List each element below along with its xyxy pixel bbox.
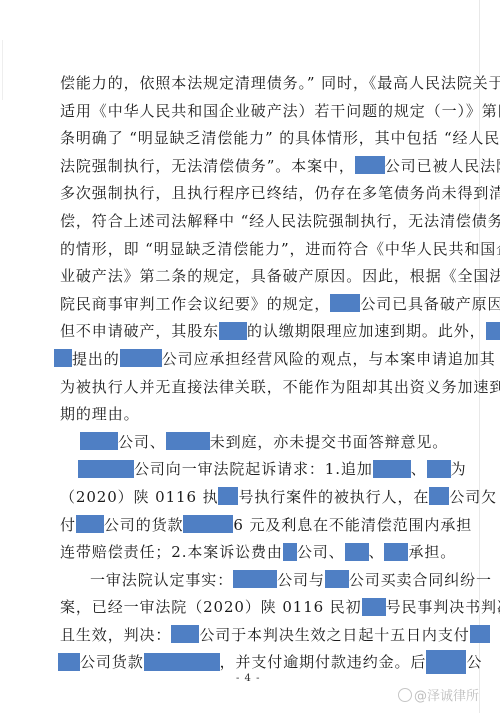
text-line: 公司向一审法院起诉请求：1.追加、为	[60, 456, 435, 484]
redaction-box	[429, 487, 449, 505]
redaction-box	[120, 349, 162, 367]
redaction-box	[470, 625, 490, 643]
redaction-box	[486, 322, 500, 340]
text-segment: 号民事判决书判决	[386, 598, 500, 616]
text-segment: ，并支付逾期付款违约金。后	[220, 653, 427, 671]
redaction-box	[80, 432, 118, 450]
redaction-box	[233, 570, 277, 588]
text-line: 付公司的货款6 元及利息在不能清偿范围内承担	[60, 512, 435, 540]
redaction-box	[283, 543, 297, 561]
text-segment: 6 元及利息在不能清偿范围内承担	[233, 516, 472, 534]
redaction-box	[325, 570, 349, 588]
redaction-box	[219, 322, 247, 340]
text-line: 一审法院认定事实：公司与公司买卖合同纠纷一	[60, 567, 435, 595]
text-segment: 公司与	[277, 571, 325, 589]
text-line: 案，已经一审法院（2020）陕 0116 民初号民事判决书判决	[60, 594, 435, 622]
text-segment: 未到庭，亦未提交书面答辩意见。	[210, 433, 449, 451]
text-segment: 公司应承担经营风险的观点，与本案申请追加其	[162, 350, 496, 368]
text-line: 业破产法》第二条的规定，具备破产原因。因此，根据《全国法	[60, 263, 435, 291]
text-segment: （2020）陕 0116 执	[60, 488, 218, 506]
text-line: 的情形，即 “明显缺乏清偿能力”，进而符合《中华人民共和国企	[60, 236, 435, 264]
text-segment: 法院强制执行，无法清偿债务”。本案中，	[60, 157, 355, 175]
text-segment: 号执行案件的被执行人，在	[238, 488, 429, 506]
redaction-box	[384, 543, 408, 561]
redaction-box	[76, 515, 104, 533]
text-segment: 公	[466, 653, 482, 671]
text-segment: 公司、	[118, 433, 166, 451]
text-line: （2020）陕 0116 执号执行案件的被执行人，在公司欠	[60, 484, 435, 512]
redaction-box	[330, 294, 360, 312]
text-line: 公司、未到庭，亦未提交书面答辩意见。	[60, 429, 435, 457]
text-line: 但不申请破产，其股东的认缴期限理应加速到期。此外，	[60, 318, 435, 346]
text-segment: 公司已具备破产原因	[360, 295, 500, 313]
text-segment: 适用《中华人民共和国企业破产法）若干问题的规定（一）》第四	[60, 102, 500, 120]
watermark: @泽诚律所	[398, 685, 479, 704]
text-line: 多次强制执行，且执行程序已终结，仍存在多笔债务尚未得到清	[60, 180, 435, 208]
text-segment: 且生效，判决：	[60, 626, 171, 644]
redaction-box	[58, 653, 80, 671]
text-segment: 、	[411, 460, 427, 478]
redaction-box	[427, 460, 451, 478]
text-segment: 公司向一审法院起诉请求：1.追加	[134, 460, 373, 478]
text-segment: 公司、	[297, 543, 345, 561]
redaction-box	[426, 650, 466, 674]
text-segment: 付	[60, 516, 76, 534]
text-segment: 公司欠	[449, 488, 497, 506]
redaction-box	[345, 543, 369, 561]
text-line: 期的理由。	[60, 401, 435, 429]
text-line: 且生效，判决：公司于本判决生效之日起十五日内支付	[60, 622, 435, 650]
redaction-box	[183, 515, 233, 533]
redaction-box	[171, 625, 199, 643]
text-segment: 为被执行人并无直接法律关联，不能作为阻却其出资义务加速到	[60, 378, 500, 396]
text-segment: 为	[451, 460, 467, 478]
text-segment: 期的理由。	[60, 405, 140, 423]
redaction-box	[362, 598, 386, 616]
redaction-box	[166, 432, 210, 450]
text-segment: 院民商事审判工作会议纪要》的规定，	[60, 295, 330, 313]
text-segment: 公司买卖合同纠纷一	[349, 571, 492, 589]
text-line: 偿，符合上述司法解释中 “经人民法院强制执行，无法清偿债务”	[60, 208, 435, 236]
text-segment: 多次强制执行，且执行程序已终结，仍存在多笔债务尚未得到清	[60, 184, 500, 202]
text-segment: 业破产法》第二条的规定，具备破产原因。因此，根据《全国法	[60, 267, 500, 285]
text-segment: 条明确了 “明显缺乏清偿能力” 的具体情形，其中包括 “经人民	[60, 129, 500, 147]
text-segment: 偿能力的，依照本法规定清理债务。” 同时，《最高人民法院关于	[60, 74, 500, 92]
text-line: 法院强制执行，无法清偿债务”。本案中，公司已被人民法院	[60, 153, 435, 181]
redaction-box	[54, 349, 72, 367]
text-segment: 提出的	[72, 350, 120, 368]
redaction-box	[218, 487, 238, 505]
text-segment: 一审法院认定事实：	[90, 571, 233, 589]
redaction-box	[355, 156, 385, 174]
page-edge-line-left	[2, 40, 3, 100]
text-segment: 的情形，即 “明显缺乏清偿能力”，进而符合《中华人民共和国企	[60, 240, 500, 258]
redaction-box	[78, 460, 134, 478]
text-line: 适用《中华人民共和国企业破产法）若干问题的规定（一）》第四	[60, 98, 435, 126]
text-segment: 连带赔偿责任；2.本案诉讼费由	[60, 543, 283, 561]
page-number: - 4 -	[236, 673, 260, 684]
text-segment: 的认缴期限理应加速到期。此外，	[247, 322, 486, 340]
watermark-logo-icon	[398, 688, 412, 702]
text-line: 为被执行人并无直接法律关联，不能作为阻却其出资义务加速到	[60, 374, 435, 402]
text-segment: 偿，符合上述司法解释中 “经人民法院强制执行，无法清偿债务”	[60, 212, 500, 230]
text-segment: 公司已被人民法院	[385, 157, 500, 175]
text-segment: 公司于本判决生效之日起十五日内支付	[199, 626, 469, 644]
redaction-box	[373, 460, 411, 478]
text-line: 院民商事审判工作会议纪要》的规定，公司已具备破产原因	[60, 291, 435, 319]
text-segment: 公司货款	[80, 653, 144, 671]
text-line: 连带赔偿责任；2.本案诉讼费由公司、、承担。	[60, 539, 435, 567]
text-line: 偿能力的，依照本法规定清理债务。” 同时，《最高人民法院关于	[60, 70, 435, 98]
text-line: 条明确了 “明显缺乏清偿能力” 的具体情形，其中包括 “经人民	[60, 125, 435, 153]
text-segment: 公司的货款	[104, 516, 184, 534]
text-segment: 承担。	[408, 543, 456, 561]
text-segment: 案，已经一审法院（2020）陕 0116 民初	[60, 598, 362, 616]
redaction-box	[144, 653, 220, 671]
watermark-text: @泽诚律所	[414, 685, 479, 704]
text-segment: 、	[369, 543, 385, 561]
text-line: 提出的公司应承担经营风险的观点，与本案申请追加其	[60, 346, 435, 374]
document-body: 偿能力的，依照本法规定清理债务。” 同时，《最高人民法院关于 适用《中华人民共和…	[60, 70, 435, 677]
text-segment: 但不申请破产，其股东	[60, 322, 219, 340]
